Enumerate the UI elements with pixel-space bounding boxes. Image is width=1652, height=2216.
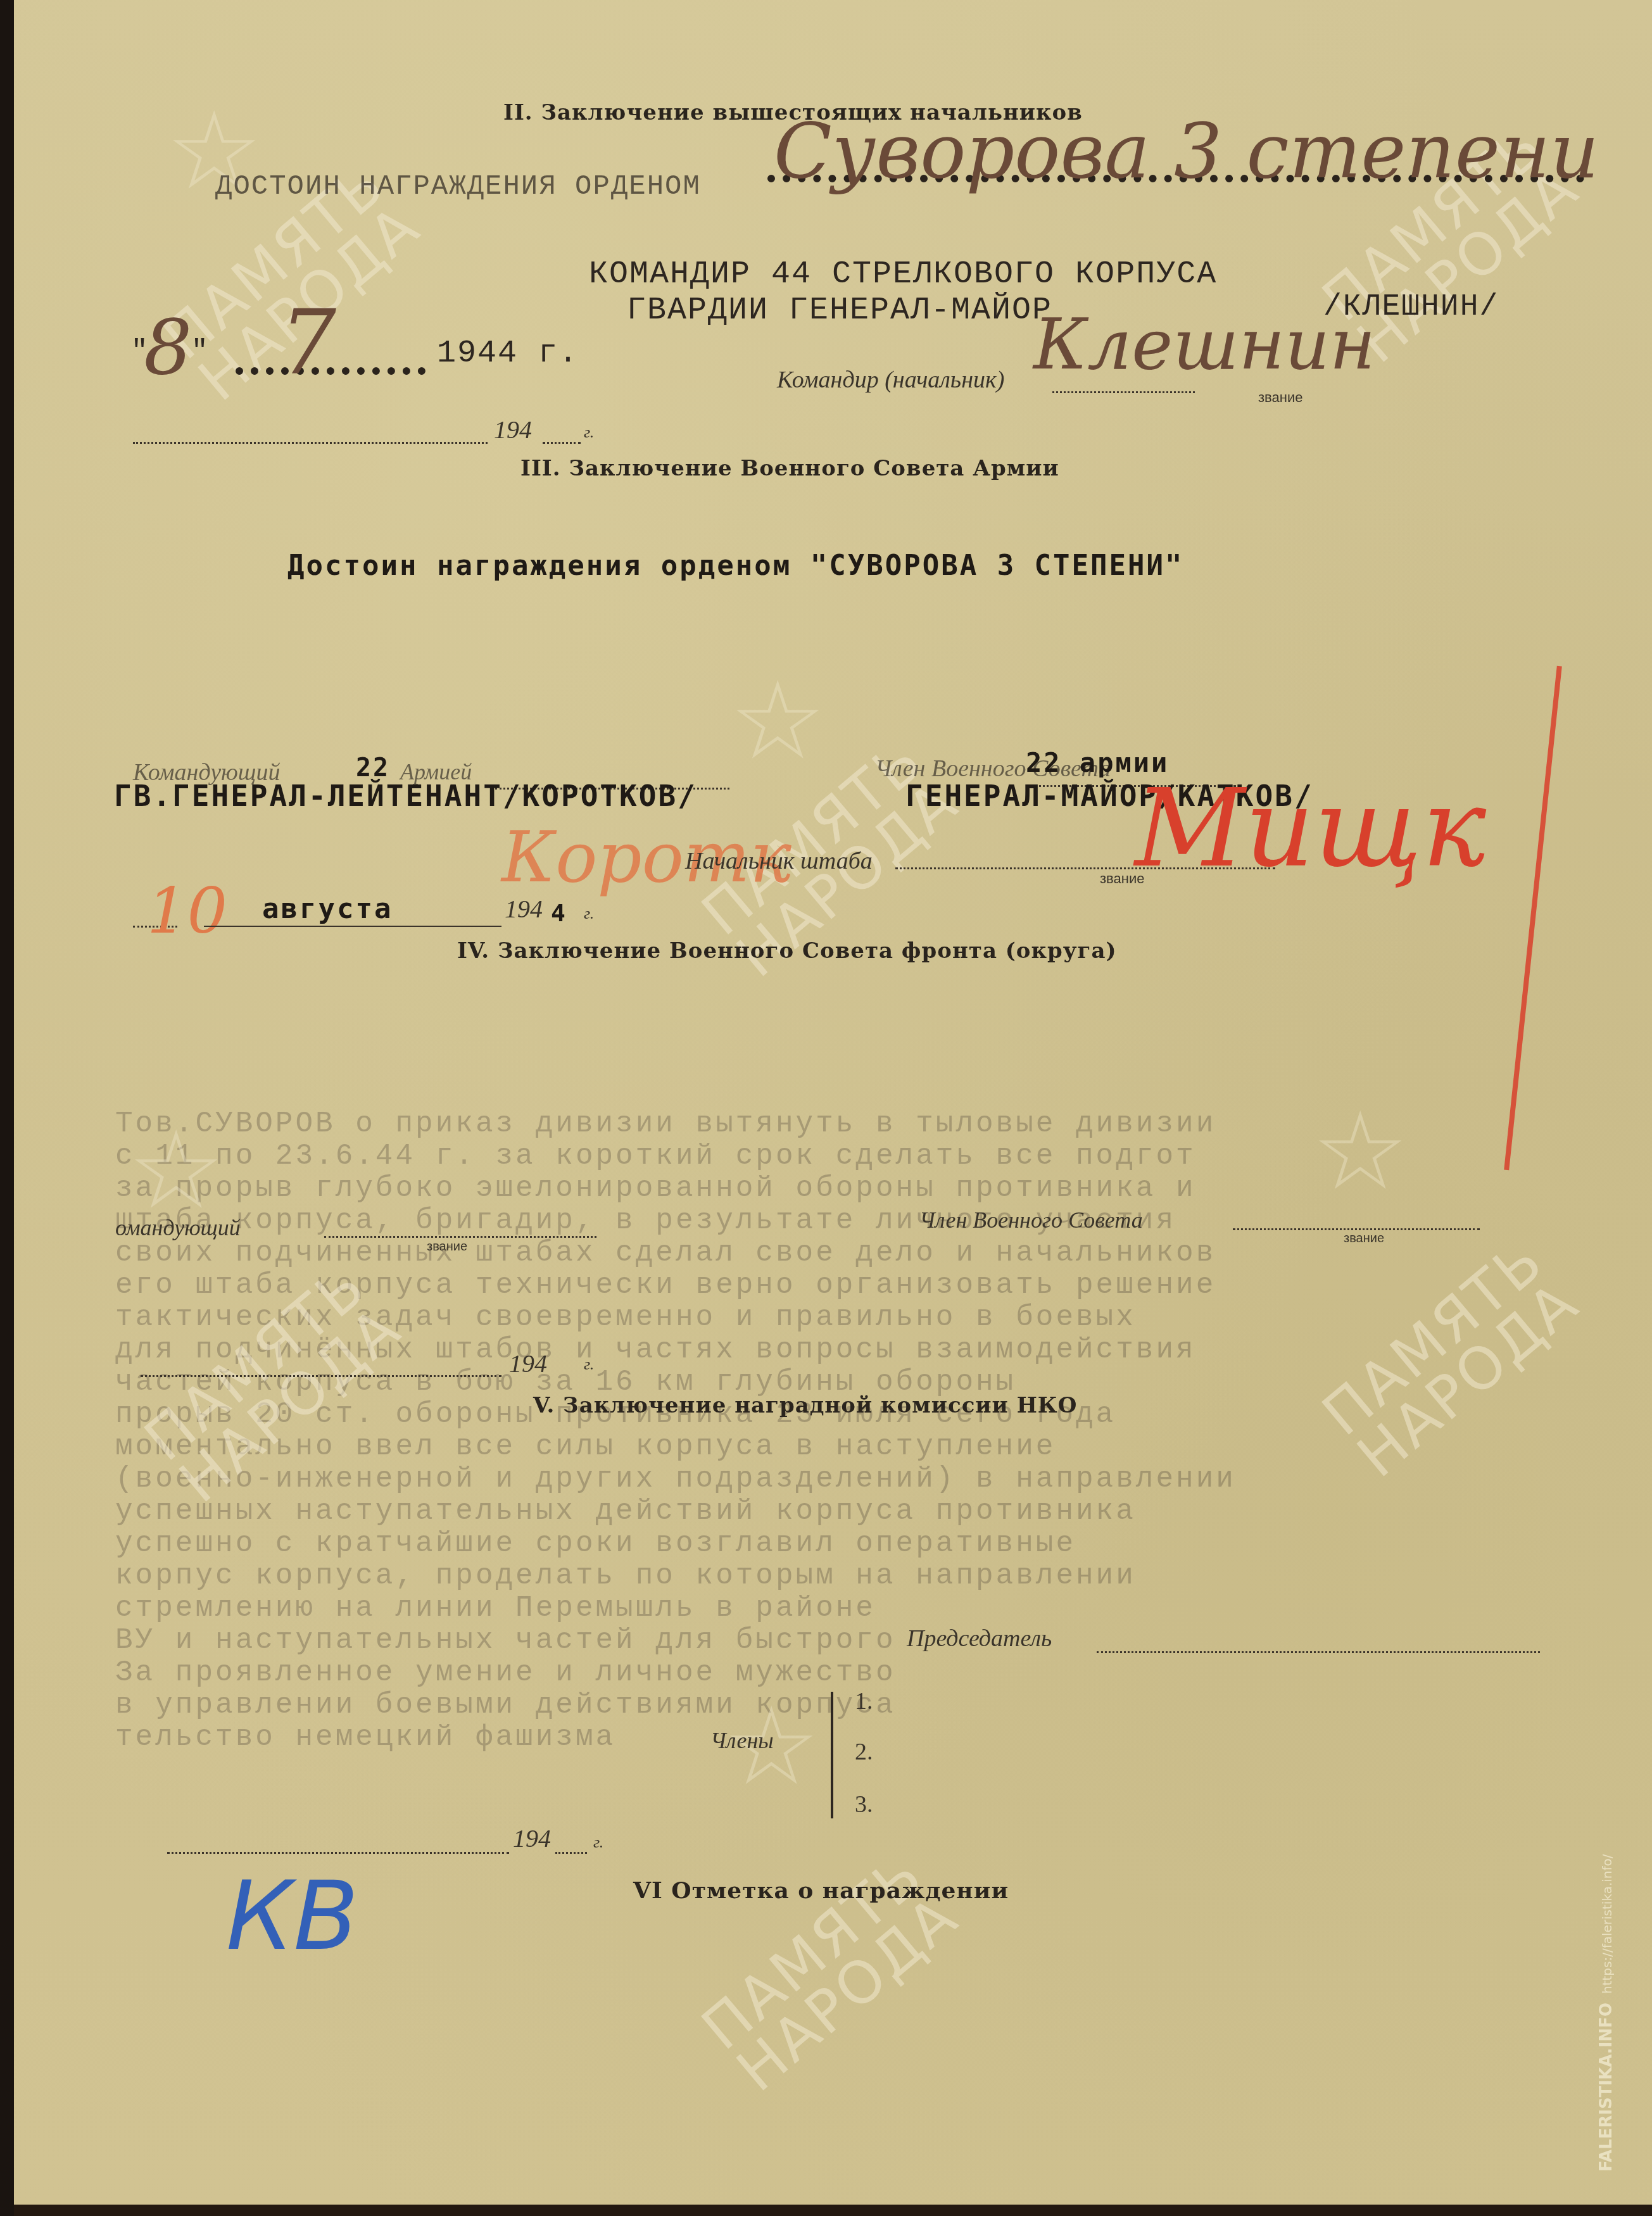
award-mark-handwritten: КВ bbox=[226, 1861, 358, 1972]
watermark-star-icon: ☆ bbox=[729, 658, 826, 784]
section-5-heading: V. Заключение наградной комиссии НКО bbox=[533, 1393, 1077, 1418]
bleed-line: корпус корпуса, проделать по которым на … bbox=[115, 1560, 1236, 1592]
date-year-digit: 4 bbox=[551, 899, 567, 927]
member-1: 1. bbox=[855, 1687, 873, 1715]
bleed-line: с 11 по 23.6.44 г. за короткий срок сдел… bbox=[115, 1140, 1236, 1173]
date-day-handwritten: 10 bbox=[147, 874, 227, 948]
label-chairman: Председатель bbox=[907, 1625, 1052, 1653]
commander-title-line1: КОМАНДИР 44 СТРЕЛКОВОГО КОРПУСА bbox=[589, 256, 1217, 293]
bleed-line: своих подчиненных штабах сделал свое дел… bbox=[115, 1237, 1236, 1269]
faleristika-watermark: FALERISTIKA.INFO https://faleristika.inf… bbox=[1597, 1854, 1616, 2172]
date-month-line bbox=[204, 926, 501, 927]
commission-date-line bbox=[167, 1852, 509, 1854]
front-date-year-suffix: г. bbox=[584, 1355, 594, 1374]
section-4-heading: IV. Заключение Военного Совета фронта (о… bbox=[457, 938, 1117, 964]
watermark-pamyat-naroda: ПАМЯТЬНАРОДА bbox=[1315, 1232, 1587, 1486]
front-council-member-line bbox=[1233, 1228, 1480, 1230]
bleed-line: успешно с кратчайшие сроки возглавил опе… bbox=[115, 1528, 1236, 1560]
commander-rank-line bbox=[1052, 391, 1195, 393]
members-brace bbox=[831, 1692, 833, 1818]
section-3-heading: III. Заключение Военного Совета Армии bbox=[520, 456, 1059, 481]
bleed-line: в управлении боевыми действиями корпуса bbox=[115, 1689, 1236, 1722]
commission-date-year-suffix: г. bbox=[593, 1833, 603, 1852]
chairman-line bbox=[1097, 1651, 1540, 1653]
front-date-line bbox=[141, 1375, 501, 1377]
bleed-line: за прорыв глубоко эшелонированной оборон… bbox=[115, 1173, 1236, 1205]
commission-date-year-line bbox=[555, 1852, 587, 1854]
label-commander: Командир (начальник) bbox=[777, 366, 1004, 394]
bleed-line: Тов.СУВОРОВ о приказ дивизии вытянуть в … bbox=[115, 1108, 1236, 1140]
red-pen-stroke bbox=[1504, 666, 1562, 1170]
label-front-rank: звание bbox=[427, 1240, 467, 1254]
council-member-signature: Мищк bbox=[1135, 766, 1486, 891]
date-close-quote: " bbox=[191, 336, 209, 367]
blank-date-year-suffix: г. bbox=[584, 423, 594, 442]
bleed-line: (военно-инженерной и других подразделени… bbox=[115, 1463, 1236, 1495]
date-year-suffix: г. bbox=[584, 904, 594, 923]
label-rank-chief: звание bbox=[1100, 871, 1144, 887]
chief-of-staff-line bbox=[895, 867, 1275, 869]
section-6-heading: VI Отметка о награждении bbox=[633, 1877, 1009, 1904]
bleed-line: ВУ и наступательных частей для быстрого bbox=[115, 1625, 1236, 1657]
blank-date-line bbox=[133, 442, 488, 444]
label-chief-of-staff: Начальник штаба bbox=[685, 847, 873, 875]
member-2: 2. bbox=[855, 1738, 873, 1766]
label-front-commanding: омандующий bbox=[115, 1214, 241, 1241]
blank-date-year-line bbox=[543, 442, 581, 444]
bleed-line: успешных наступательных действий корпуса… bbox=[115, 1495, 1236, 1528]
bleed-line: стремлению на линии Перемышль в районе bbox=[115, 1592, 1236, 1625]
bleed-line: тельство немецкий фашизма bbox=[115, 1722, 1236, 1754]
front-date-year-prefix: 194 bbox=[509, 1349, 547, 1378]
label-front-council-member: Член Военного Совета bbox=[919, 1207, 1143, 1233]
date-day-handwritten: 8 bbox=[144, 304, 192, 392]
date-month-handwritten: 7 bbox=[280, 291, 336, 394]
bleed-line: За проявленное умение и личное мужество bbox=[115, 1657, 1236, 1689]
label-members: Члены bbox=[710, 1727, 774, 1754]
award-document-page: Тов.СУВОРОВ о приказ дивизии вытянуть в … bbox=[14, 0, 1652, 2216]
watermark-star-icon: ☆ bbox=[1312, 1089, 1408, 1214]
date-year-prefix: 194 bbox=[505, 894, 543, 924]
section-2-verdict-typed: ДОСТОИН НАГРАЖДЕНИЯ ОРДЕНОМ bbox=[215, 171, 701, 203]
label-rank: звание bbox=[1258, 389, 1302, 406]
blank-date-year-prefix: 194 bbox=[494, 415, 532, 444]
front-commanding-line bbox=[324, 1236, 596, 1238]
commander-signature: Клешнин bbox=[1033, 304, 1375, 385]
member-3: 3. bbox=[855, 1791, 873, 1818]
date-year: 1944 г. bbox=[437, 336, 579, 372]
commission-date-year-prefix: 194 bbox=[513, 1823, 551, 1853]
commander-title-line2: ГВАРДИИ ГЕНЕРАЛ-МАЙОР bbox=[627, 293, 1052, 329]
section-3-verdict: Достоин награждения орденом "СУВОРОВА 3 … bbox=[287, 550, 1184, 582]
commanding-typed: ГВ.ГЕНЕРАЛ-ЛЕЙТЕНАНТ/КОРОТКОВ/ bbox=[114, 779, 697, 813]
section-2-verdict-handwritten: Суворова 3 степени bbox=[774, 108, 1599, 196]
label-front-rank-right: звание bbox=[1344, 1231, 1384, 1246]
date-month-typed: августа bbox=[262, 893, 393, 925]
